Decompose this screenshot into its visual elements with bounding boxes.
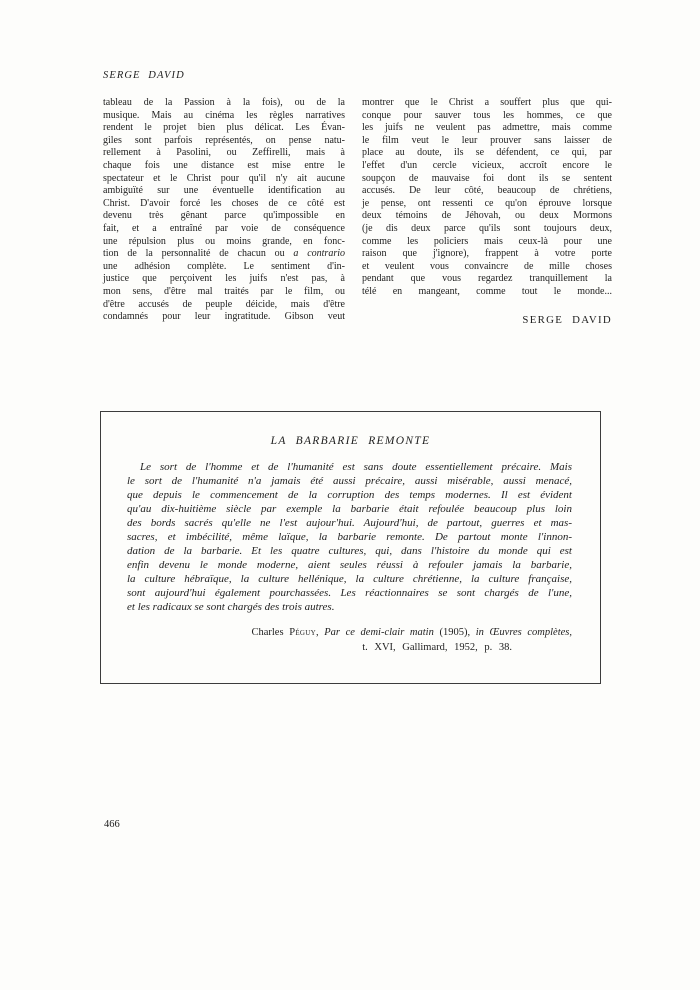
text-line: tableau de la Passion à la fois), ou de … <box>103 97 345 110</box>
attribution-line-1: Charles Péguy, Par ce demi-clair matin (… <box>101 625 572 640</box>
text-segment: tion de la personnalité de chacun ou <box>103 248 293 259</box>
quote-attribution: Charles Péguy, Par ce demi-clair matin (… <box>101 625 572 655</box>
quote-line: enfin devenu le monde moderne, aient seu… <box>127 558 572 572</box>
attribution-separator: , <box>316 627 324 638</box>
text-line: une répulsion plus ou moins grande, en f… <box>103 236 345 249</box>
left-column: tableau de la Passion à la fois), ou de … <box>103 97 345 326</box>
quote-line: et les radicaux se sont chargés des troi… <box>127 600 572 614</box>
text-line: pendant que vous regardez tranquillement… <box>362 273 612 286</box>
text-line: accusés. De leur côté, beaucoup de chrét… <box>362 185 612 198</box>
text-line: je pense, ont ressenti ce qu'on éprouve … <box>362 198 612 211</box>
text-line: condamnés pour leur ingratitude. Gibson … <box>103 311 345 324</box>
text-segment-italic: a contrario <box>293 248 345 259</box>
quote-line: dation de la barbarie. Et les quatre cul… <box>127 544 572 558</box>
text-line: musique. Mais au cinéma les règles narra… <box>103 110 345 123</box>
text-line: place au doute, ils se défendent, ce qui… <box>362 147 612 160</box>
text-line: soupçon de mauvaise foi dont ils se sent… <box>362 173 612 186</box>
quote-line: que depuis le commencement de la corrupt… <box>127 488 572 502</box>
attribution-year: (1905), <box>434 627 476 638</box>
text-line: deux témoins de Jéhovah, ou deux Mormons <box>362 210 612 223</box>
attribution-author-last: Péguy <box>289 627 316 638</box>
text-line: ambiguïté sur une éventuelle identificat… <box>103 185 345 198</box>
text-line: une adhésion complète. Le sentiment d'in… <box>103 261 345 274</box>
attribution-work-title: Par ce demi-clair matin <box>324 627 434 638</box>
quote-body: Le sort de l'homme et de l'humanité est … <box>127 460 572 614</box>
text-line: le film veut le leur prouver sans laisse… <box>362 135 612 148</box>
quote-box: LA BARBARIE REMONTE Le sort de l'homme e… <box>100 411 601 684</box>
text-line: spectateur et le Christ pour qu'il n'y a… <box>103 173 345 186</box>
quote-line: qu'au dix-huitième siècle par exemple la… <box>127 502 572 516</box>
text-line: raison que j'ignore), frappent à votre p… <box>362 248 612 261</box>
quote-line: des bords sacrés qu'elle ne l'est aujour… <box>127 516 572 530</box>
right-column: montrer que le Christ a souffert plus qu… <box>362 97 612 326</box>
quote-line: sacres, et imbécilité, même laïque, la b… <box>127 530 572 544</box>
running-header: SERGE DAVID <box>103 70 185 81</box>
text-line: justice que perçoivent les juifs n'est p… <box>103 273 345 286</box>
text-line: télé en mangeant, comme tout le monde... <box>362 286 612 299</box>
text-line: chaque fois une distance est mise entre … <box>103 160 345 173</box>
quote-line: le sort de l'humanité n'a jamais été aus… <box>127 474 572 488</box>
quote-line: sont aujourd'hui également pourchassées.… <box>127 586 572 600</box>
text-line: l'effet d'un cercle vicieux, accroît enc… <box>362 160 612 173</box>
text-line: les juifs ne veulent pas admettre, mais … <box>362 122 612 135</box>
text-line: montrer que le Christ a souffert plus qu… <box>362 97 612 110</box>
text-line: d'être accusés de peuple déicide, mais d… <box>103 299 345 312</box>
column-gutter <box>345 97 362 326</box>
text-line: (je dis deux parce qu'ils sont toujours … <box>362 223 612 236</box>
text-line: mon sens, d'être mal traités par le film… <box>103 286 345 299</box>
text-line: comme les policiers mais ceux-là pour un… <box>362 236 612 249</box>
text-line: rendent le projet bien plus délicat. Les… <box>103 122 345 135</box>
attribution-line-2: t. XVI, Gallimard, 1952, p. 38. <box>101 640 572 655</box>
quote-title: LA BARBARIE REMONTE <box>101 435 600 447</box>
author-signature: SERGE DAVID <box>362 314 612 326</box>
text-line: Christ. D'avoir forcé les choses de ce c… <box>103 198 345 211</box>
text-line: conque pour sauver tous les hommes, ce q… <box>362 110 612 123</box>
page-number: 466 <box>104 819 120 830</box>
text-line-with-italic: tion de la personnalité de chacun ou a c… <box>103 248 345 261</box>
attribution-author-first: Charles <box>251 627 289 638</box>
text-line: devenu très gênant parce qu'impossible e… <box>103 210 345 223</box>
document-page: SERGE DAVID tableau de la Passion à la f… <box>0 0 700 990</box>
text-line: rellement à Pasolini, ou Zeffirelli, mai… <box>103 147 345 160</box>
article-columns: tableau de la Passion à la fois), ou de … <box>103 97 612 326</box>
text-line: fait, et a entraîné par voie de conséque… <box>103 223 345 236</box>
text-line: et veulent vous convaincre de mille chos… <box>362 261 612 274</box>
attribution-collection: in Œuvres complètes, <box>476 627 572 638</box>
quote-line: la culture hébraïque, la culture helléni… <box>127 572 572 586</box>
text-line: giles sont parfois représentés, on pense… <box>103 135 345 148</box>
quote-line: Le sort de l'homme et de l'humanité est … <box>127 460 572 474</box>
